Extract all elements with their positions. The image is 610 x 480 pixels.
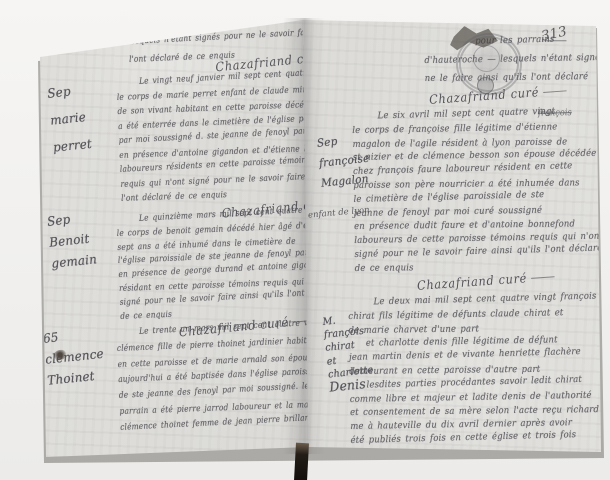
margin-line: perret bbox=[52, 130, 93, 161]
margin-note-sep-marie-perret: Sepmarieperret bbox=[46, 76, 95, 161]
record-lines: Le deux mai mil sept cent quatre vingt f… bbox=[348, 291, 610, 447]
record-lines: Le six avril mil sept cent quatre vingtl… bbox=[352, 105, 610, 275]
margin-line: gemain bbox=[50, 248, 97, 273]
margin-line: Thoinet bbox=[46, 364, 106, 391]
parish-register-scan: lesquels n'étant signés pour ne le savoi… bbox=[0, 0, 610, 480]
revenue-stamp-icon bbox=[448, 23, 532, 101]
margin-lines: SepBenoitgemain bbox=[46, 206, 100, 274]
margin-note-sep-benoit-gemain: SepBenoitgemain bbox=[46, 206, 100, 274]
binding-gutter bbox=[283, 18, 325, 454]
stamp-inner-circle bbox=[473, 45, 500, 72]
margin-lines: Sepmarieperret bbox=[46, 76, 95, 161]
margin-line: Sep bbox=[46, 76, 88, 107]
burial-record-francoise-magalon: françois Le six avril mil sept cent quat… bbox=[352, 105, 610, 294]
marriage-record-chirat-denis: Le deux mai mil sept cent quatre vingt f… bbox=[348, 291, 610, 447]
margin-line: marie bbox=[49, 103, 91, 134]
binding-tape bbox=[294, 443, 309, 480]
stamp-effigy-circle bbox=[477, 77, 494, 94]
